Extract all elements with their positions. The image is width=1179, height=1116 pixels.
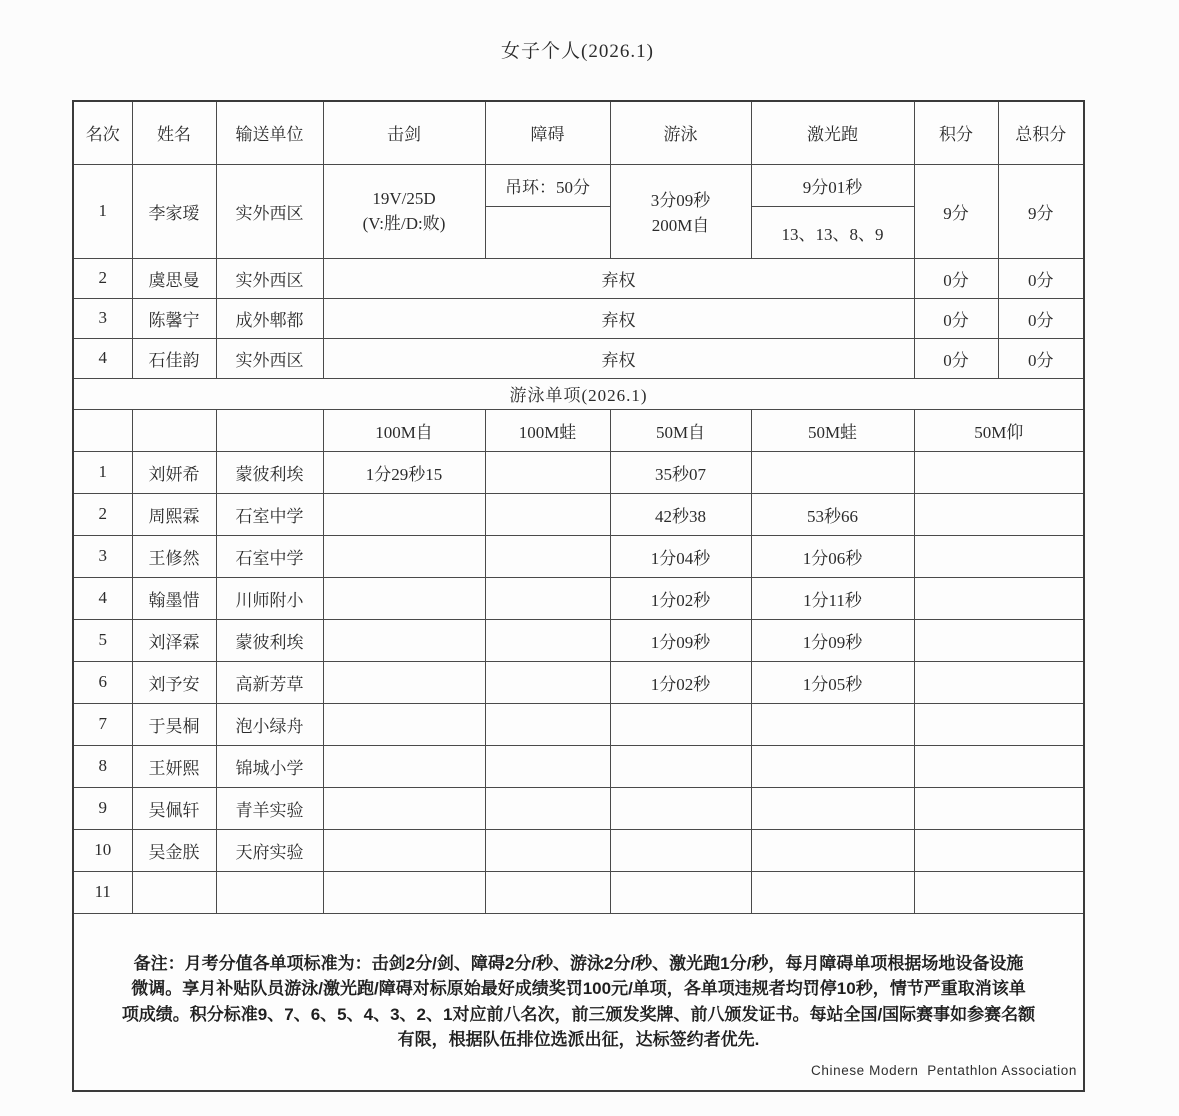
swim-50m-breast: 53秒66 [751, 493, 914, 535]
swim-section-title: 游泳单项(2026.1) [73, 378, 1084, 409]
points-cell: 0分 [914, 258, 998, 298]
rank-cell: 3 [73, 298, 132, 338]
swim-time: 3分09秒 [613, 186, 749, 211]
swim-50m-breast: 1分05秒 [751, 661, 914, 703]
rank-cell: 1 [73, 164, 132, 258]
swim-100m-free [323, 619, 485, 661]
obstacle-sub-cell [485, 206, 610, 258]
swim-name: 王修然 [132, 535, 216, 577]
swim-name: 翰墨惜 [132, 577, 216, 619]
swim-50m-free [610, 787, 751, 829]
swim-50m-back [914, 703, 1084, 745]
col-header-fencing: 击剑 [323, 101, 485, 164]
swim-event-label: 200M自 [613, 211, 749, 236]
swim-100m-breast [485, 577, 610, 619]
swim-100m-breast [485, 493, 610, 535]
swim-100m-free [323, 745, 485, 787]
swim-section-title-row: 游泳单项(2026.1) [73, 378, 1084, 409]
swim-unit: 川师附小 [216, 577, 323, 619]
swim-50m-breast: 1分06秒 [751, 535, 914, 577]
swimming-result: 3分09秒 200M自 [610, 164, 751, 258]
swim-row-7: 7 于昊桐 泡小绿舟 [73, 703, 1084, 745]
swim-name [132, 871, 216, 913]
rank-cell: 4 [73, 338, 132, 378]
main-row-3: 3 陈馨宁 成外郫都 弃权 0分 0分 [73, 298, 1084, 338]
rank-cell: 2 [73, 258, 132, 298]
swim-50m-breast [751, 703, 914, 745]
main-row-4: 4 石佳韵 实外西区 弃权 0分 0分 [73, 338, 1084, 378]
swim-50m-breast [751, 871, 914, 913]
swim-50m-free: 1分02秒 [610, 661, 751, 703]
swim-unit: 高新芳草 [216, 661, 323, 703]
swim-header-unit-empty [216, 409, 323, 451]
unit-cell: 实外西区 [216, 258, 323, 298]
association-footer: Chinese Modern Pentathlon Association [811, 1063, 1077, 1078]
swim-50m-back [914, 493, 1084, 535]
notes-row: 备注：月考分值各单项标准为：击剑2分/剑、障碍2分/秒、游泳2分/秒、激光跑1分… [73, 913, 1084, 1091]
swim-header-100m-breast: 100M蛙 [485, 409, 610, 451]
note-line-2: 微调。享月补贴队员游泳/激光跑/障碍对标原始最好成绩奖罚100元/单项，各单项违… [76, 976, 1081, 1002]
athlete-name: 李家瑷 [132, 164, 216, 258]
swim-50m-back [914, 577, 1084, 619]
col-header-swimming: 游泳 [610, 101, 751, 164]
forfeit-status: 弃权 [323, 298, 914, 338]
swim-row-1: 1 刘妍希 蒙彼利埃 1分29秒15 35秒07 [73, 451, 1084, 493]
swim-name: 刘泽霖 [132, 619, 216, 661]
swim-rank: 10 [73, 829, 132, 871]
swim-100m-free [323, 871, 485, 913]
swim-50m-back [914, 871, 1084, 913]
swim-row-2: 2 周熙霖 石室中学 42秒38 53秒66 [73, 493, 1084, 535]
swim-header-50m-free: 50M自 [610, 409, 751, 451]
swim-100m-breast [485, 619, 610, 661]
swim-name: 刘妍希 [132, 451, 216, 493]
swim-50m-back [914, 661, 1084, 703]
swim-unit: 泡小绿舟 [216, 703, 323, 745]
swim-row-9: 9 吴佩轩 青羊实验 [73, 787, 1084, 829]
athlete-name: 虞思曼 [132, 258, 216, 298]
swim-100m-free [323, 787, 485, 829]
main-header-row: 名次 姓名 输送单位 击剑 障碍 游泳 激光跑 积分 总积分 [73, 101, 1084, 164]
swim-100m-free: 1分29秒15 [323, 451, 485, 493]
swim-100m-breast [485, 661, 610, 703]
swim-100m-breast [485, 871, 610, 913]
col-header-total-points: 总积分 [998, 101, 1084, 164]
col-header-name: 姓名 [132, 101, 216, 164]
swim-100m-free [323, 577, 485, 619]
fencing-score: 19V/25D [326, 189, 483, 209]
swim-name: 于昊桐 [132, 703, 216, 745]
note-line-4: 有限，根据队伍排位选派出征，达标签约者优先. [76, 1027, 1081, 1053]
unit-cell: 成外郫都 [216, 298, 323, 338]
swim-100m-free [323, 493, 485, 535]
swim-50m-back [914, 829, 1084, 871]
swim-50m-free [610, 871, 751, 913]
swim-100m-free [323, 661, 485, 703]
swim-header-row: 100M自 100M蛙 50M自 50M蛙 50M仰 [73, 409, 1084, 451]
page-title: 女子个人(2026.1) [72, 36, 1083, 63]
notes-cell: 备注：月考分值各单项标准为：击剑2分/剑、障碍2分/秒、游泳2分/秒、激光跑1分… [73, 913, 1084, 1091]
main-row-1: 1 李家瑷 实外西区 19V/25D (V:胜/D:败) 吊环：50分 3分09… [73, 164, 1084, 206]
swim-50m-free [610, 745, 751, 787]
swim-100m-breast [485, 451, 610, 493]
swim-rank: 2 [73, 493, 132, 535]
swim-unit: 蒙彼利埃 [216, 619, 323, 661]
swim-rank: 1 [73, 451, 132, 493]
fencing-legend: (V:胜/D:败) [326, 209, 483, 234]
swim-row-5: 5 刘泽霖 蒙彼利埃 1分09秒 1分09秒 [73, 619, 1084, 661]
swim-rank: 5 [73, 619, 132, 661]
total-points-cell: 0分 [998, 258, 1084, 298]
swim-100m-breast [485, 745, 610, 787]
col-header-points: 积分 [914, 101, 998, 164]
points-cell: 9分 [914, 164, 998, 258]
results-table: 名次 姓名 输送单位 击剑 障碍 游泳 激光跑 积分 总积分 1 李家瑷 实外西… [72, 100, 1085, 1092]
swim-100m-free [323, 535, 485, 577]
athlete-name: 陈馨宁 [132, 298, 216, 338]
swim-100m-breast [485, 787, 610, 829]
swim-50m-breast: 1分09秒 [751, 619, 914, 661]
col-header-laser-run: 激光跑 [751, 101, 914, 164]
unit-cell: 实外西区 [216, 164, 323, 258]
total-points-cell: 9分 [998, 164, 1084, 258]
swim-rank: 9 [73, 787, 132, 829]
forfeit-status: 弃权 [323, 258, 914, 298]
athlete-name: 石佳韵 [132, 338, 216, 378]
swim-100m-breast [485, 829, 610, 871]
swim-name: 吴金朕 [132, 829, 216, 871]
swim-row-3: 3 王修然 石室中学 1分04秒 1分06秒 [73, 535, 1084, 577]
swim-100m-free [323, 703, 485, 745]
total-points-cell: 0分 [998, 338, 1084, 378]
swim-rank: 6 [73, 661, 132, 703]
note-line-1: 备注：月考分值各单项标准为：击剑2分/剑、障碍2分/秒、游泳2分/秒、激光跑1分… [76, 951, 1081, 977]
swim-row-8: 8 王妍熙 锦城小学 [73, 745, 1084, 787]
swim-50m-back [914, 535, 1084, 577]
col-header-obstacle: 障碍 [485, 101, 610, 164]
laser-run-result: 9分01秒 [751, 164, 914, 206]
swim-50m-free: 1分04秒 [610, 535, 751, 577]
swim-50m-free: 42秒38 [610, 493, 751, 535]
swim-100m-free [323, 829, 485, 871]
swim-header-rank-empty [73, 409, 132, 451]
swim-rank: 3 [73, 535, 132, 577]
swim-100m-breast [485, 535, 610, 577]
swim-50m-free [610, 703, 751, 745]
swim-50m-breast [751, 745, 914, 787]
swim-50m-back [914, 745, 1084, 787]
swim-unit: 青羊实验 [216, 787, 323, 829]
swim-name: 刘予安 [132, 661, 216, 703]
swim-rank: 4 [73, 577, 132, 619]
points-cell: 0分 [914, 338, 998, 378]
fencing-result: 19V/25D (V:胜/D:败) [323, 164, 485, 258]
swim-50m-breast [751, 451, 914, 493]
swim-header-100m-free: 100M自 [323, 409, 485, 451]
swim-rank: 11 [73, 871, 132, 913]
swim-unit: 天府实验 [216, 829, 323, 871]
swim-50m-free: 1分09秒 [610, 619, 751, 661]
swim-row-11: 11 [73, 871, 1084, 913]
swim-unit: 石室中学 [216, 493, 323, 535]
swim-header-name-empty [132, 409, 216, 451]
swim-header-50m-back: 50M仰 [914, 409, 1084, 451]
swim-50m-free: 1分02秒 [610, 577, 751, 619]
points-cell: 0分 [914, 298, 998, 338]
swim-name: 周熙霖 [132, 493, 216, 535]
swim-50m-back [914, 787, 1084, 829]
swim-rank: 7 [73, 703, 132, 745]
swim-unit [216, 871, 323, 913]
col-header-rank: 名次 [73, 101, 132, 164]
swim-row-4: 4 翰墨惜 川师附小 1分02秒 1分11秒 [73, 577, 1084, 619]
swim-50m-breast: 1分11秒 [751, 577, 914, 619]
unit-cell: 实外西区 [216, 338, 323, 378]
swim-rank: 8 [73, 745, 132, 787]
laser-run-detail: 13、13、8、9 [751, 206, 914, 258]
swim-name: 吴佩轩 [132, 787, 216, 829]
forfeit-status: 弃权 [323, 338, 914, 378]
swim-50m-free [610, 829, 751, 871]
swim-unit: 蒙彼利埃 [216, 451, 323, 493]
swim-50m-back [914, 451, 1084, 493]
note-line-3: 项成绩。积分标准9、7、6、5、4、3、2、1对应前八名次，前三颁发奖牌、前八颁… [76, 1002, 1081, 1028]
obstacle-result: 吊环：50分 [485, 164, 610, 206]
main-row-2: 2 虞思曼 实外西区 弃权 0分 0分 [73, 258, 1084, 298]
swim-50m-breast [751, 829, 914, 871]
swim-100m-breast [485, 703, 610, 745]
col-header-unit: 输送单位 [216, 101, 323, 164]
swim-header-50m-breast: 50M蛙 [751, 409, 914, 451]
total-points-cell: 0分 [998, 298, 1084, 338]
swim-unit: 石室中学 [216, 535, 323, 577]
swim-row-10: 10 吴金朕 天府实验 [73, 829, 1084, 871]
swim-unit: 锦城小学 [216, 745, 323, 787]
swim-50m-free: 35秒07 [610, 451, 751, 493]
swim-50m-breast [751, 787, 914, 829]
swim-row-6: 6 刘予安 高新芳草 1分02秒 1分05秒 [73, 661, 1084, 703]
swim-name: 王妍熙 [132, 745, 216, 787]
swim-50m-back [914, 619, 1084, 661]
